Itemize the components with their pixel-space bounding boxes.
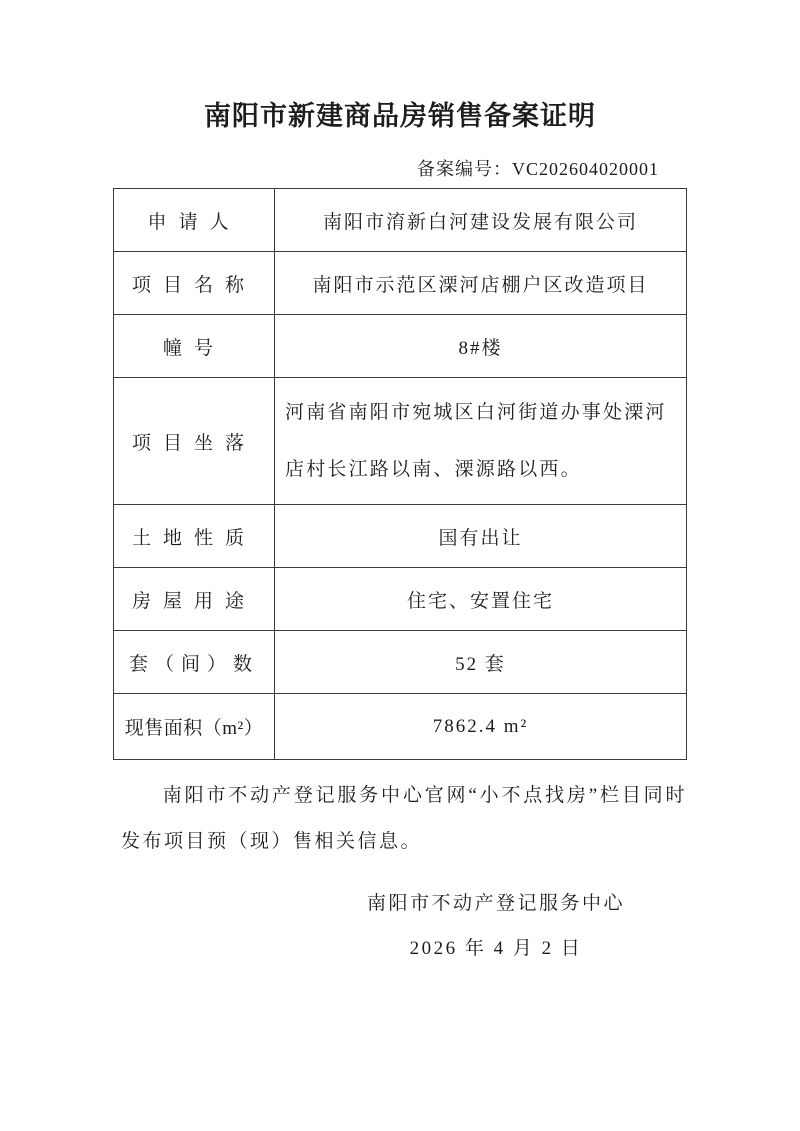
filing-number-line: 备案编号：VC202604020001 bbox=[113, 156, 687, 182]
filing-number-label: 备案编号： bbox=[417, 159, 512, 179]
page-title: 南阳市新建商品房销售备案证明 bbox=[113, 96, 687, 136]
issue-date: 2026 年 4 月 2 日 bbox=[355, 926, 637, 971]
row-label: 现售面积（m²） bbox=[114, 694, 275, 760]
row-value: 国有出让 bbox=[275, 505, 687, 568]
document-page: 南阳市新建商品房销售备案证明 备案编号：VC202604020001 申请人 南… bbox=[0, 0, 800, 1131]
table-row: 套（间）数 52 套 bbox=[114, 631, 687, 694]
signature-block: 南阳市不动产登记服务中心 2026 年 4 月 2 日 bbox=[355, 881, 637, 971]
filing-table-body: 申请人 南阳市淯新白河建设发展有限公司 项目名称 南阳市示范区溧河店棚户区改造项… bbox=[114, 189, 687, 760]
table-row: 项目名称 南阳市示范区溧河店棚户区改造项目 bbox=[114, 252, 687, 315]
row-value: 住宅、安置住宅 bbox=[275, 568, 687, 631]
row-value: 7862.4 m² bbox=[275, 694, 687, 760]
row-label: 套（间）数 bbox=[114, 631, 275, 694]
row-value: 52 套 bbox=[275, 631, 687, 694]
row-label: 幢号 bbox=[114, 315, 275, 378]
table-row: 现售面积（m²） 7862.4 m² bbox=[114, 694, 687, 760]
table-row: 项目坐落 河南省南阳市宛城区白河街道办事处溧河店村长江路以南、溧源路以西。 bbox=[114, 378, 687, 505]
table-row: 幢号 8#楼 bbox=[114, 315, 687, 378]
table-row: 房屋用途 住宅、安置住宅 bbox=[114, 568, 687, 631]
table-row: 土地性质 国有出让 bbox=[114, 505, 687, 568]
table-row: 申请人 南阳市淯新白河建设发展有限公司 bbox=[114, 189, 687, 252]
row-label: 土地性质 bbox=[114, 505, 275, 568]
row-value: 南阳市示范区溧河店棚户区改造项目 bbox=[275, 252, 687, 315]
row-label: 项目坐落 bbox=[114, 378, 275, 505]
filing-table: 申请人 南阳市淯新白河建设发展有限公司 项目名称 南阳市示范区溧河店棚户区改造项… bbox=[113, 188, 687, 760]
row-label: 房屋用途 bbox=[114, 568, 275, 631]
filing-number-value: VC202604020001 bbox=[512, 159, 659, 179]
row-value: 南阳市淯新白河建设发展有限公司 bbox=[275, 189, 687, 252]
row-value: 8#楼 bbox=[275, 315, 687, 378]
row-value: 河南省南阳市宛城区白河街道办事处溧河店村长江路以南、溧源路以西。 bbox=[275, 378, 687, 505]
issuer-name: 南阳市不动产登记服务中心 bbox=[355, 881, 637, 926]
row-label: 项目名称 bbox=[114, 252, 275, 315]
row-label: 申请人 bbox=[114, 189, 275, 252]
note-paragraph: 南阳市不动产登记服务中心官网“小不点找房”栏目同时发布项目预（现）售相关信息。 bbox=[121, 773, 687, 865]
